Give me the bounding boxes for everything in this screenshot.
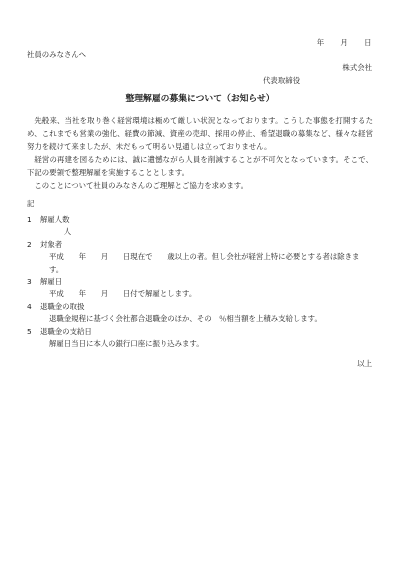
item-heading: 退職金の支給日 bbox=[40, 326, 92, 338]
item-number: 4 bbox=[27, 301, 40, 313]
recipient-line: 社員のみなさんへ bbox=[27, 48, 86, 61]
paragraph-3: このことについて社員のみなさんのご理解とご協力を求めます。 bbox=[27, 179, 373, 192]
paragraph-1: 先般来、当社を取り巻く経営環境は極めて厳しい状況となっております。こうした事態を… bbox=[27, 114, 373, 153]
item-heading: 対象者 bbox=[40, 239, 62, 251]
item-detail: 平成 年 月 日現在で 歳以上の者。但し会社が経営上特に必要とする者は除きます。 bbox=[27, 251, 373, 276]
company-name: 株式会社 bbox=[342, 61, 372, 74]
list-item: 5 退職金の支給日 解雇日当日に本人の銀行口座に振り込みます。 bbox=[27, 326, 373, 351]
item-number: 1 bbox=[27, 214, 40, 226]
list-item: 2 対象者 平成 年 月 日現在で 歳以上の者。但し会社が経営上特に必要とする者… bbox=[27, 239, 373, 276]
paragraph-2: 経営の再建を図るためには、誠に遺憾ながら人員を削減することが不可欠となっています… bbox=[27, 153, 373, 179]
item-number: 5 bbox=[27, 326, 40, 338]
notice-document-page: 年 月 日 社員のみなさんへ 株式会社 代表取締役 整理解雇の募集について（お知… bbox=[0, 0, 400, 565]
item-detail: 解雇日当日に本人の銀行口座に振り込みます。 bbox=[27, 338, 373, 350]
list-item: 1 解雇人数 人 bbox=[27, 214, 373, 239]
item-detail: 平成 年 月 日付で解雇とします。 bbox=[27, 288, 373, 300]
signer-title: 代表取締役 bbox=[263, 74, 300, 87]
item-detail: 退職金規程に基づく会社都合退職金のほか、その ％相当額を上積み支給します。 bbox=[27, 313, 373, 325]
date-line: 年 月 日 bbox=[317, 36, 372, 49]
document-body: 先般来、当社を取り巻く経営環境は極めて厳しい状況となっております。こうした事態を… bbox=[27, 114, 373, 370]
item-heading: 解雇人数 bbox=[40, 214, 70, 226]
item-number: 2 bbox=[27, 239, 40, 251]
ki-marker: 記 bbox=[27, 197, 373, 210]
list-item: 4 退職金の取扱 退職金規程に基づく会社都合退職金のほか、その ％相当額を上積み… bbox=[27, 301, 373, 326]
item-heading: 退職金の取扱 bbox=[40, 301, 84, 313]
item-detail: 人 bbox=[27, 226, 373, 238]
item-number: 3 bbox=[27, 276, 40, 288]
list-item: 3 解雇日 平成 年 月 日付で解雇とします。 bbox=[27, 276, 373, 301]
item-heading: 解雇日 bbox=[40, 276, 62, 288]
document-title: 整理解雇の募集について（お知らせ） bbox=[0, 93, 400, 106]
closing-marker: 以上 bbox=[27, 357, 373, 370]
terms-list: 1 解雇人数 人 2 対象者 平成 年 月 日現在で 歳以上の者。但し会社が経営… bbox=[27, 214, 373, 350]
